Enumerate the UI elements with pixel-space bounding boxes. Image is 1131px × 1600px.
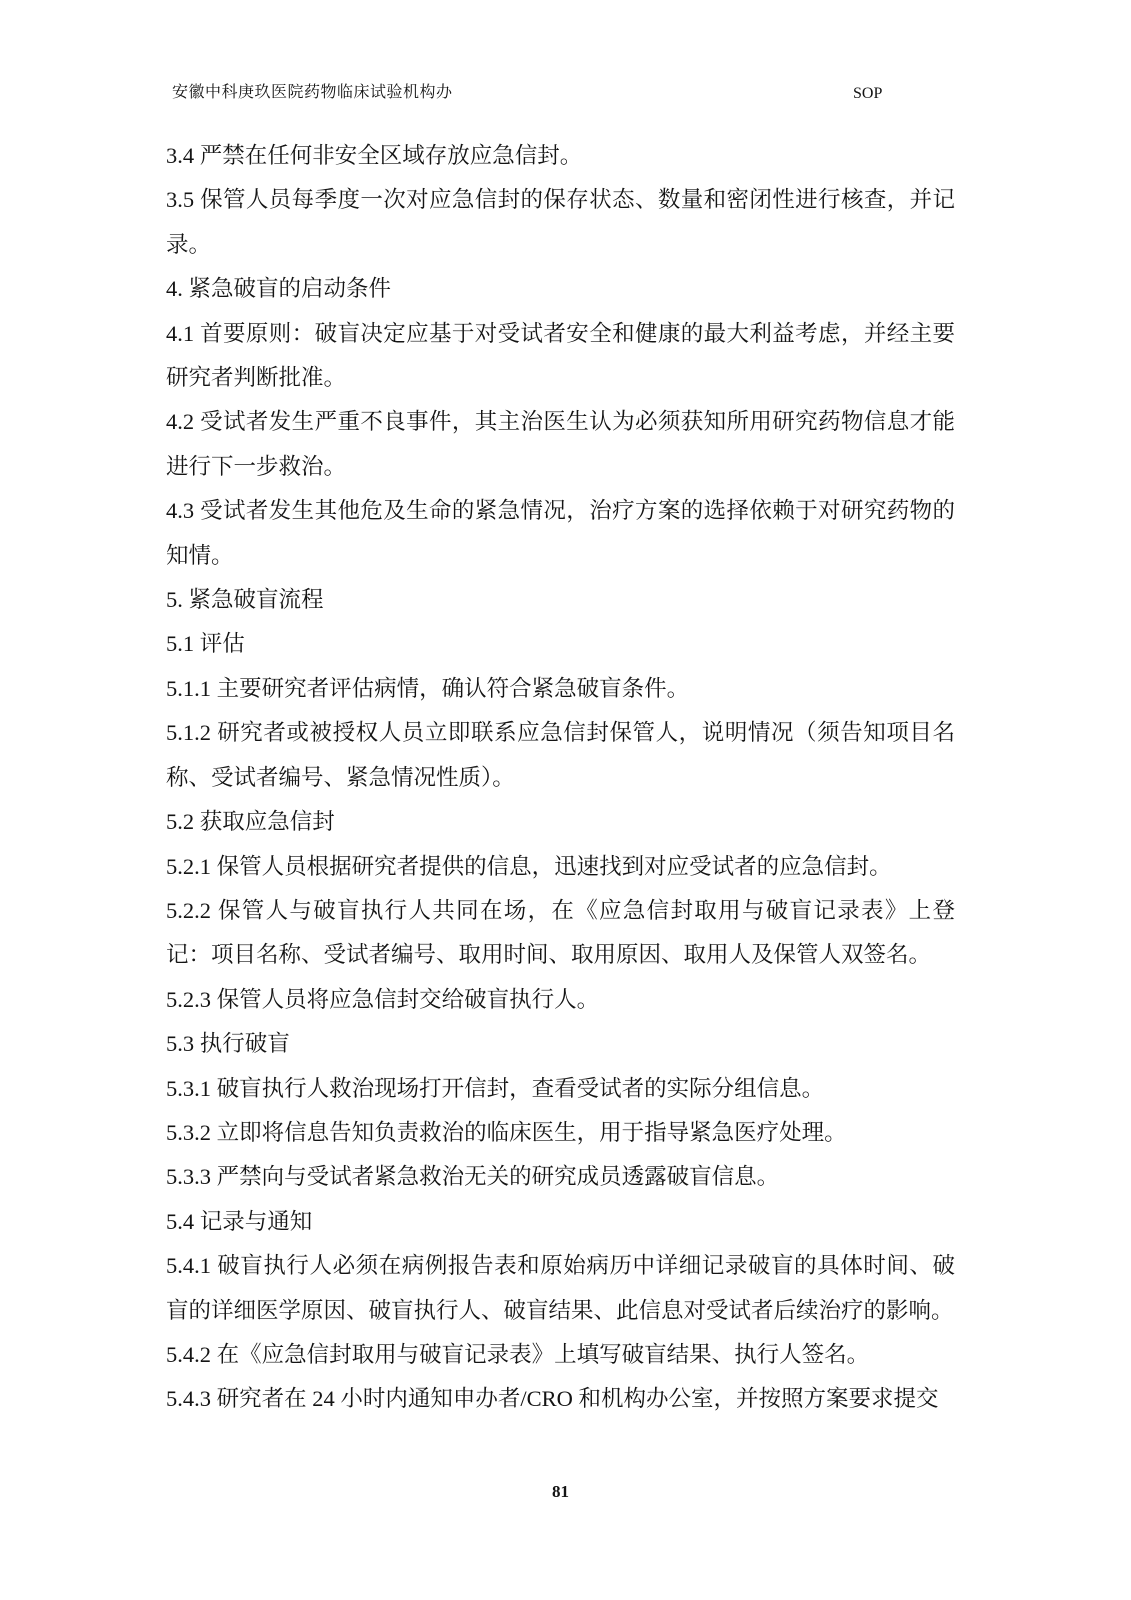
paragraph: 5.3 执行破盲 xyxy=(166,1022,955,1066)
paragraph: 5.4.1 破盲执行人必须在病例报告表和原始病历中详细记录破盲的具体时间、破盲的… xyxy=(166,1244,955,1333)
paragraph: 5.1.1 主要研究者评估病情，确认符合紧急破盲条件。 xyxy=(166,667,955,711)
header-institution-title: 安徽中科庚玖医院药物临床试验机构办 xyxy=(172,83,453,103)
paragraph: 4.3 受试者发生其他危及生命的紧急情况，治疗方案的选择依赖于对研究药物的知情。 xyxy=(166,489,955,578)
paragraph: 5.2.2 保管人与破盲执行人共同在场，在《应急信封取用与破盲记录表》上登记：项… xyxy=(166,889,955,978)
paragraph: 5.1.2 研究者或被授权人员立即联系应急信封保管人，说明情况（须告知项目名称、… xyxy=(166,711,955,800)
page-footer: 81 xyxy=(166,1482,955,1502)
paragraph: 5.1 评估 xyxy=(166,622,955,666)
paragraph: 4. 紧急破盲的启动条件 xyxy=(166,267,955,311)
page-number: 81 xyxy=(552,1482,569,1501)
paragraph: 5.3.3 严禁向与受试者紧急救治无关的研究成员透露破盲信息。 xyxy=(166,1155,955,1199)
paragraph: 4.2 受试者发生严重不良事件，其主治医生认为必须获知所用研究药物信息才能进行下… xyxy=(166,400,955,489)
document-body: 3.4 严禁在任何非安全区域存放应急信封。3.5 保管人员每季度一次对应急信封的… xyxy=(166,134,955,1422)
paragraph: 5.2.1 保管人员根据研究者提供的信息，迅速找到对应受试者的应急信封。 xyxy=(166,845,955,889)
paragraph: 5.4 记录与通知 xyxy=(166,1200,955,1244)
header-doc-type-label: SOP xyxy=(853,84,882,104)
paragraph: 5. 紧急破盲流程 xyxy=(166,578,955,622)
document-page: 安徽中科庚玖医院药物临床试验机构办 SOP 3.4 严禁在任何非安全区域存放应急… xyxy=(0,0,1131,1600)
paragraph: 5.3.1 破盲执行人救治现场打开信封，查看受试者的实际分组信息。 xyxy=(166,1067,955,1111)
paragraph: 5.2.3 保管人员将应急信封交给破盲执行人。 xyxy=(166,978,955,1022)
paragraph: 4.1 首要原则：破盲决定应基于对受试者安全和健康的最大利益考虑，并经主要研究者… xyxy=(166,312,955,401)
paragraph: 3.5 保管人员每季度一次对应急信封的保存状态、数量和密闭性进行核查，并记录。 xyxy=(166,178,955,267)
paragraph: 3.4 严禁在任何非安全区域存放应急信封。 xyxy=(166,134,955,178)
paragraph: 5.4.3 研究者在 24 小时内通知申办者/CRO 和机构办公室，并按照方案要… xyxy=(166,1377,955,1421)
paragraph: 5.3.2 立即将信息告知负责救治的临床医生，用于指导紧急医疗处理。 xyxy=(166,1111,955,1155)
paragraph: 5.4.2 在《应急信封取用与破盲记录表》上填写破盲结果、执行人签名。 xyxy=(166,1333,955,1377)
paragraph: 5.2 获取应急信封 xyxy=(166,800,955,844)
